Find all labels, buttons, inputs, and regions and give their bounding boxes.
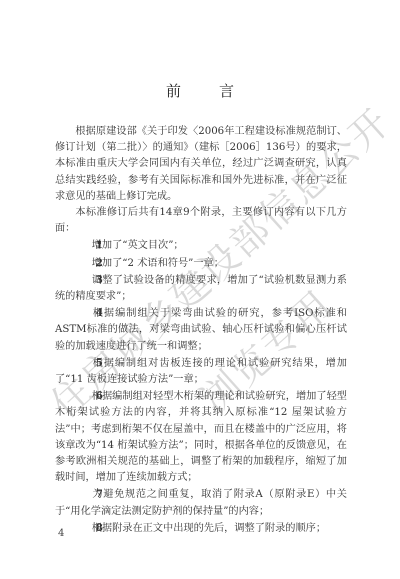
item-text: 根据附录在正文中出现的先后，调整了附录的顺序； [92, 523, 326, 534]
item-text: 根据编制组关于梁弯曲试验的研究，参考ISO标准和ASTM标准的做法，对梁弯曲试验… [55, 308, 347, 351]
preface-body: 根据原建设部《关于印发〈2006年工程建设标准规范制订、修订计划（第二批）〉的通… [55, 124, 347, 537]
page-title: 前言 [0, 80, 400, 101]
paragraph-summary: 本标准修订后共有14章9个附录，主要修订内容有以下几方面： [55, 205, 347, 237]
list-item-2: 2增加了“2 术语和符号”一章； [55, 255, 347, 272]
list-item-6: 6根据编制组对轻型木桁架的理论和试验研究，增加了轻型木桁架试验方法的内容，并将其… [55, 388, 347, 486]
list-item-4: 4根据编制组关于梁弯曲试验的研究，参考ISO标准和ASTM标准的做法，对梁弯曲试… [55, 305, 347, 355]
item-text: 根据编制组对轻型木桁架的理论和试验研究，增加了轻型木桁架试验方法的内容，并将其纳… [55, 391, 347, 483]
list-item-8: 8根据附录在正文中出现的先后，调整了附录的顺序； [55, 520, 347, 537]
list-item-1: 1增加了“英文目次”； [55, 237, 347, 254]
document-page: 前言 根据原建设部《关于印发〈2006年工程建设标准规范制订、修订计划（第二批）… [0, 0, 400, 579]
item-text: 为避免规范之间重复，取消了附录A（原附录E）中关于“用化学滴定法测定防护剂的保持… [55, 489, 347, 516]
list-item-7: 7为避免规范之间重复，取消了附录A（原附录E）中关于“用化学滴定法测定防护剂的保… [55, 486, 347, 519]
item-number: 7 [75, 486, 91, 502]
title-char-1: 前 [166, 80, 181, 101]
item-number: 5 [75, 355, 91, 371]
item-number: 6 [75, 388, 91, 404]
item-number: 1 [75, 237, 91, 253]
item-text: 根据编制组对齿板连接的理论和试验研究结果，增加了“11 齿板连接试验方法”一章； [55, 358, 347, 385]
item-text: 调整了试验设备的精度要求，增加了“试验机数显测力系统的精度要求”； [55, 275, 347, 302]
item-number: 3 [75, 272, 91, 288]
item-text: 增加了“2 术语和符号”一章； [92, 258, 224, 269]
list-item-3: 3调整了试验设备的精度要求，增加了“试验机数显测力系统的精度要求”； [55, 272, 347, 305]
item-number: 8 [75, 520, 91, 536]
item-number: 2 [75, 255, 91, 271]
paragraph-intro: 根据原建设部《关于印发〈2006年工程建设标准规范制订、修订计划（第二批）〉的通… [55, 124, 347, 205]
item-text: 增加了“英文目次”； [92, 240, 184, 251]
item-number: 4 [75, 305, 91, 321]
title-char-2: 言 [219, 80, 234, 101]
list-item-5: 5根据编制组对齿板连接的理论和试验研究结果，增加了“11 齿板连接试验方法”一章… [55, 355, 347, 388]
page-number: 4 [58, 528, 64, 539]
